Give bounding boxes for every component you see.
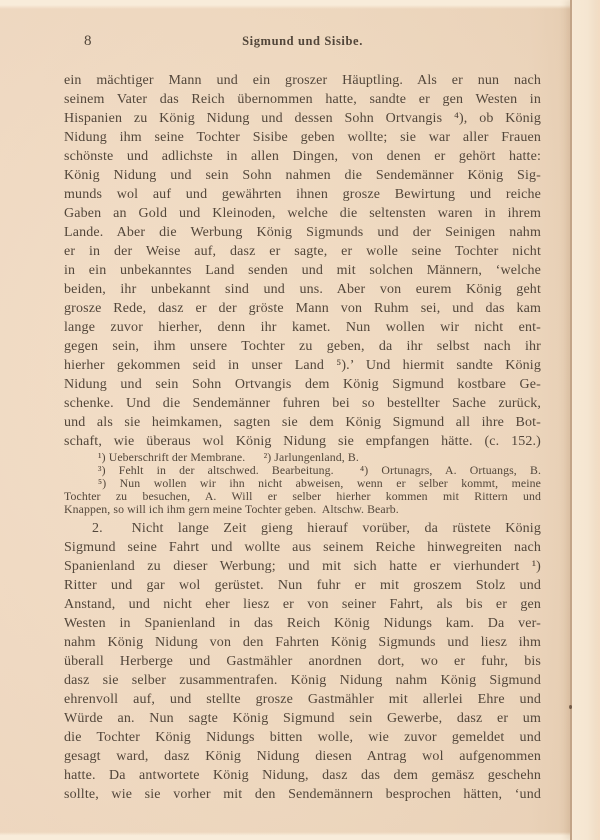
text-line: lange zuvor hierher, denn ihr kamet. Nun… xyxy=(64,318,541,337)
text-line: Hispanien zu König Nidung und dessen Soh… xyxy=(64,109,541,128)
text-line: König Nidung und sein Sohn nahmen die Se… xyxy=(64,166,541,185)
text-line: Nidung ihm seine Tochter Sisibe geben wo… xyxy=(64,128,541,147)
text-line: er in der Weise auf, dasz er sagte, er w… xyxy=(64,242,541,261)
text-line: Anstand, und nicht eher liesz er von sei… xyxy=(64,595,541,614)
text-line: sollte, wie sie vorher mit den Sendemänn… xyxy=(64,785,541,804)
text-line: grosze Rede, dasz er der gröste Mann von… xyxy=(64,299,541,318)
text-line: Sigmund seine Fahrt und wollte aus seine… xyxy=(64,538,541,557)
text-line: ehrenvoll auf, und stellte grosze Gastmä… xyxy=(64,690,541,709)
running-header: Sigmund und Sisibe. xyxy=(64,34,541,49)
paragraph-2: 2. Nicht lange Zeit gieng hierauf vorübe… xyxy=(64,519,541,804)
text-line: nahm König Nidung von den Fahrten König … xyxy=(64,633,541,652)
text-line: Gaben an Gold und Kleinoden, welche die … xyxy=(64,204,541,223)
footnotes-block: ¹) Ueberschrift der Membrane. ²) Jarlung… xyxy=(64,451,541,516)
text-line: gegen sein, ihm unsere Tochter zu geben,… xyxy=(64,337,541,356)
text-line: ein mächtiger Mann und ein groszer Häupt… xyxy=(64,71,541,90)
text-line: beiden, ihr unbekannt sind und uns. Aber… xyxy=(64,280,541,299)
text-line: 2. Nicht lange Zeit gieng hierauf vorübe… xyxy=(64,519,541,538)
page-top-edge xyxy=(0,0,600,9)
text-line: Lande. Aber die Werbung König Sigmunds u… xyxy=(64,223,541,242)
text-line: seinem Vater das Reich übernommen hatte,… xyxy=(64,90,541,109)
text-line: gesagt ward, dasz König Nidung diesen An… xyxy=(64,747,541,766)
text-line: Nidung und sein Sohn Ortvangis dem König… xyxy=(64,375,541,394)
text-line: Knappen, so will ich ihm gern meine Toch… xyxy=(64,503,541,516)
text-line: überall Herberge und Gastmähler anordnen… xyxy=(64,652,541,671)
text-line: in ein unbekanntes Land senden und mit s… xyxy=(64,261,541,280)
text-line: munds wol auf und gewährten ihnen grosze… xyxy=(64,185,541,204)
page-fold-edge xyxy=(570,0,600,840)
text-line: schenke. Und die Sendemänner fuhren bei … xyxy=(64,394,541,413)
page-bottom-edge xyxy=(0,832,600,840)
text-column: ein mächtiger Mann und ein groszer Häupt… xyxy=(64,71,541,804)
paragraph-1: ein mächtiger Mann und ein groszer Häupt… xyxy=(64,71,541,451)
text-line: dasz sie selber zusammentrafen. König Ni… xyxy=(64,671,541,690)
text-line: hierher gekommen seid in unser Land ⁵).’… xyxy=(64,356,541,375)
text-line: schaft, wie überaus wol König Nidung sie… xyxy=(64,432,541,451)
text-line: Westen in Spanienland in das Reich König… xyxy=(64,614,541,633)
text-line: und als sie heimkamen, sagten sie dem Kö… xyxy=(64,413,541,432)
paper-speck xyxy=(569,705,572,709)
scanned-book-page: 8 Sigmund und Sisibe. ein mächtiger Mann… xyxy=(0,0,600,840)
text-line: die Tochter König Nidungs bitten wolle, … xyxy=(64,728,541,747)
text-line: hatte. Da antwortete König Nidung, dasz … xyxy=(64,766,541,785)
text-line: Spanienland zu dieser Werbung; und mit s… xyxy=(64,557,541,576)
text-line: Würde an. Nun sagte König Sigmund sein G… xyxy=(64,709,541,728)
text-line: schönste und adlichste in allen Dingen, … xyxy=(64,147,541,166)
text-line: Ritter und gar wol gerüstet. Nun fuhr er… xyxy=(64,576,541,595)
